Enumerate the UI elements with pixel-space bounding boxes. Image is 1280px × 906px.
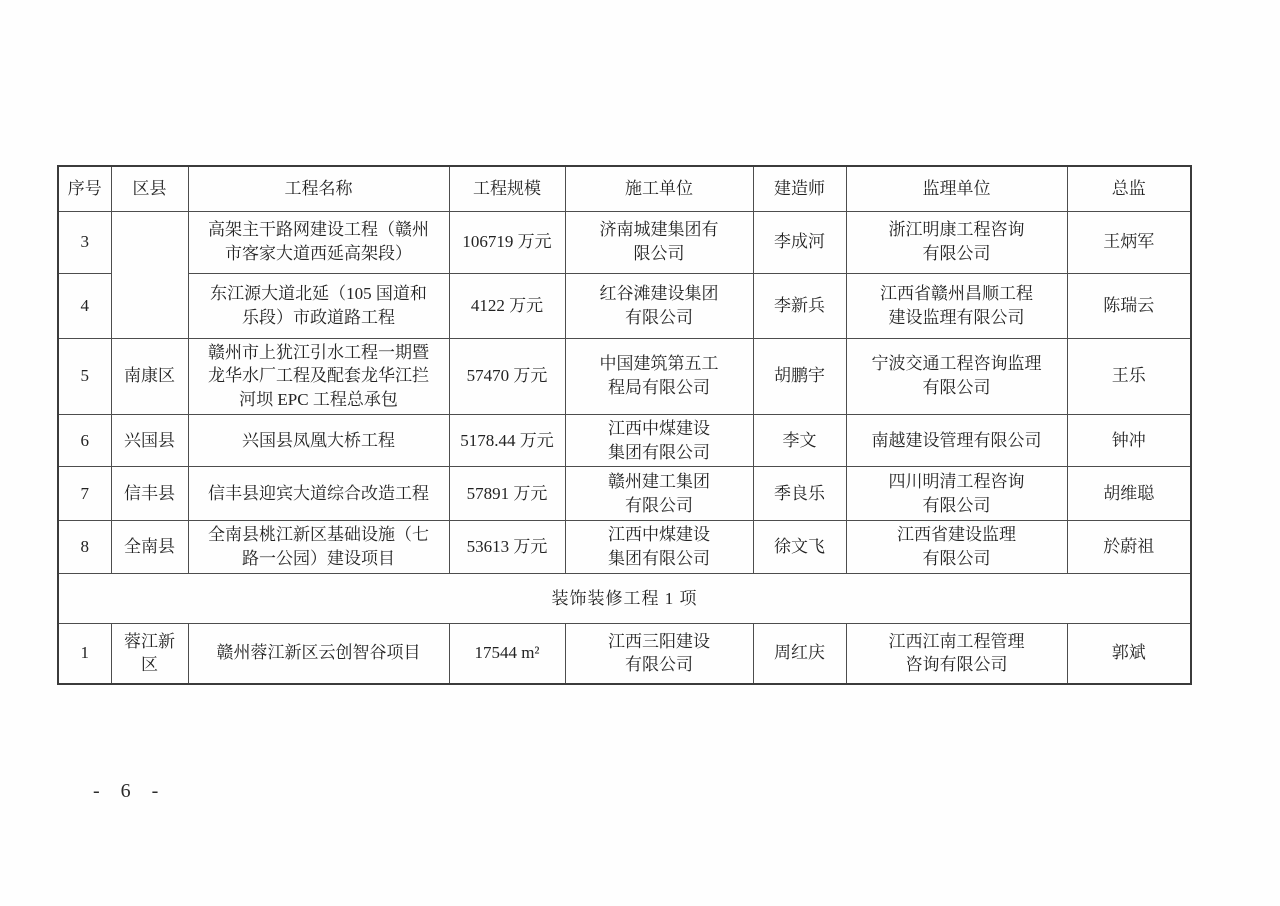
cell-project-name: 赣州蓉江新区云创智谷项目	[188, 624, 449, 684]
col-header-project-name: 工程名称	[188, 166, 449, 211]
cell-scale: 17544 m²	[449, 624, 565, 684]
table-row: 1 蓉江新 区 赣州蓉江新区云创智谷项目 17544 m² 江西三阳建设 有限公…	[58, 624, 1191, 684]
cell-supervision-unit: 江西江南工程管理 咨询有限公司	[846, 624, 1067, 684]
cell-builder: 徐文飞	[753, 521, 846, 574]
cell-project-name: 兴国县凤凰大桥工程	[188, 414, 449, 467]
col-header-supervision-unit: 监理单位	[846, 166, 1067, 211]
cell-district: 兴国县	[111, 414, 188, 467]
cell-scale: 5178.44 万元	[449, 414, 565, 467]
table-row: 7 信丰县 信丰县迎宾大道综合改造工程 57891 万元 赣州建工集团 有限公司…	[58, 467, 1191, 521]
col-header-contractor: 施工单位	[565, 166, 753, 211]
document-page: 序号 区县 工程名称 工程规模 施工单位 建造师 监理单位 总监 3 高架主干路…	[0, 0, 1280, 906]
cell-chief-supervisor: 陈瑞云	[1067, 273, 1191, 338]
cell-builder: 李新兵	[753, 273, 846, 338]
cell-district: 蓉江新 区	[111, 624, 188, 684]
cell-project-name: 信丰县迎宾大道综合改造工程	[188, 467, 449, 521]
cell-builder: 周红庆	[753, 624, 846, 684]
cell-serial: 6	[58, 414, 111, 467]
cell-serial: 5	[58, 338, 111, 414]
section-label: 装饰装修工程 1 项	[58, 574, 1191, 624]
cell-supervision-unit: 南越建设管理有限公司	[846, 414, 1067, 467]
cell-builder: 季良乐	[753, 467, 846, 521]
col-header-builder: 建造师	[753, 166, 846, 211]
cell-district: 信丰县	[111, 467, 188, 521]
cell-project-name: 高架主干路网建设工程（赣州 市客家大道西延高架段）	[188, 211, 449, 273]
cell-chief-supervisor: 王炳军	[1067, 211, 1191, 273]
cell-supervision-unit: 宁波交通工程咨询监理 有限公司	[846, 338, 1067, 414]
table-row: 4 东江源大道北延（105 国道和 乐段）市政道路工程 4122 万元 红谷滩建…	[58, 273, 1191, 338]
cell-chief-supervisor: 郭斌	[1067, 624, 1191, 684]
section-divider-row: 装饰装修工程 1 项	[58, 574, 1191, 624]
table-row: 6 兴国县 兴国县凤凰大桥工程 5178.44 万元 江西中煤建设 集团有限公司…	[58, 414, 1191, 467]
table-row: 5 南康区 赣州市上犹江引水工程一期暨 龙华水厂工程及配套龙华江拦 河坝 EPC…	[58, 338, 1191, 414]
cell-contractor: 江西三阳建设 有限公司	[565, 624, 753, 684]
cell-scale: 53613 万元	[449, 521, 565, 574]
cell-supervision-unit: 浙江明康工程咨询 有限公司	[846, 211, 1067, 273]
cell-district: 南康区	[111, 338, 188, 414]
cell-supervision-unit: 四川明清工程咨询 有限公司	[846, 467, 1067, 521]
cell-project-name: 赣州市上犹江引水工程一期暨 龙华水厂工程及配套龙华江拦 河坝 EPC 工程总承包	[188, 338, 449, 414]
cell-builder: 李成河	[753, 211, 846, 273]
cell-project-name: 东江源大道北延（105 国道和 乐段）市政道路工程	[188, 273, 449, 338]
page-number: - 6 -	[93, 780, 166, 803]
cell-chief-supervisor: 王乐	[1067, 338, 1191, 414]
cell-scale: 106719 万元	[449, 211, 565, 273]
col-header-scale: 工程规模	[449, 166, 565, 211]
cell-builder: 胡鹏宇	[753, 338, 846, 414]
cell-contractor: 红谷滩建设集团 有限公司	[565, 273, 753, 338]
cell-serial: 7	[58, 467, 111, 521]
cell-serial: 4	[58, 273, 111, 338]
cell-chief-supervisor: 於蔚祖	[1067, 521, 1191, 574]
projects-table: 序号 区县 工程名称 工程规模 施工单位 建造师 监理单位 总监 3 高架主干路…	[57, 165, 1192, 685]
cell-project-name: 全南县桃江新区基础设施（七 路一公园）建设项目	[188, 521, 449, 574]
table-row: 8 全南县 全南县桃江新区基础设施（七 路一公园）建设项目 53613 万元 江…	[58, 521, 1191, 574]
cell-contractor: 江西中煤建设 集团有限公司	[565, 521, 753, 574]
cell-scale: 57470 万元	[449, 338, 565, 414]
cell-supervision-unit: 江西省赣州昌顺工程 建设监理有限公司	[846, 273, 1067, 338]
cell-serial: 8	[58, 521, 111, 574]
cell-serial: 3	[58, 211, 111, 273]
cell-district-merged	[111, 211, 188, 338]
cell-scale: 4122 万元	[449, 273, 565, 338]
cell-contractor: 中国建筑第五工 程局有限公司	[565, 338, 753, 414]
col-header-serial: 序号	[58, 166, 111, 211]
cell-builder: 李文	[753, 414, 846, 467]
cell-supervision-unit: 江西省建设监理 有限公司	[846, 521, 1067, 574]
cell-contractor: 赣州建工集团 有限公司	[565, 467, 753, 521]
header-row: 序号 区县 工程名称 工程规模 施工单位 建造师 监理单位 总监	[58, 166, 1191, 211]
cell-contractor: 济南城建集团有 限公司	[565, 211, 753, 273]
cell-serial: 1	[58, 624, 111, 684]
cell-chief-supervisor: 胡维聪	[1067, 467, 1191, 521]
cell-district: 全南县	[111, 521, 188, 574]
cell-chief-supervisor: 钟冲	[1067, 414, 1191, 467]
col-header-chief-supervisor: 总监	[1067, 166, 1191, 211]
cell-scale: 57891 万元	[449, 467, 565, 521]
cell-contractor: 江西中煤建设 集团有限公司	[565, 414, 753, 467]
table-row: 3 高架主干路网建设工程（赣州 市客家大道西延高架段） 106719 万元 济南…	[58, 211, 1191, 273]
col-header-district: 区县	[111, 166, 188, 211]
